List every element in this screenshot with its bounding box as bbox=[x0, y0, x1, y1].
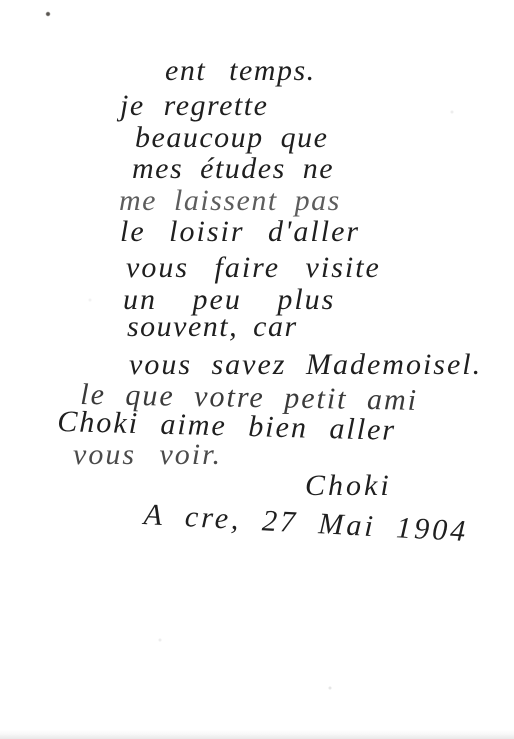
signature: Choki bbox=[305, 471, 392, 501]
letter-page: ent temps. je regrette beaucoup que mes … bbox=[0, 0, 514, 739]
letter-line-5: me laissent pas bbox=[119, 186, 341, 216]
letter-line-9: souvent, car bbox=[127, 312, 298, 342]
letter-line-1: ent temps. bbox=[165, 56, 316, 86]
letter-line-7: vous faire visite bbox=[126, 253, 381, 283]
letter-line-2: je regrette bbox=[120, 91, 268, 121]
letter-line-4: mes études ne bbox=[132, 154, 334, 184]
letter-line-10: vous savez Mademoisel. bbox=[129, 350, 482, 380]
letter-line-13: vous voir. bbox=[73, 440, 222, 470]
dateline: A cre, 27 Mai 1904 bbox=[143, 500, 469, 547]
letter-line-3: beaucoup que bbox=[135, 123, 328, 153]
letter-line-6: le loisir d'aller bbox=[120, 217, 360, 247]
